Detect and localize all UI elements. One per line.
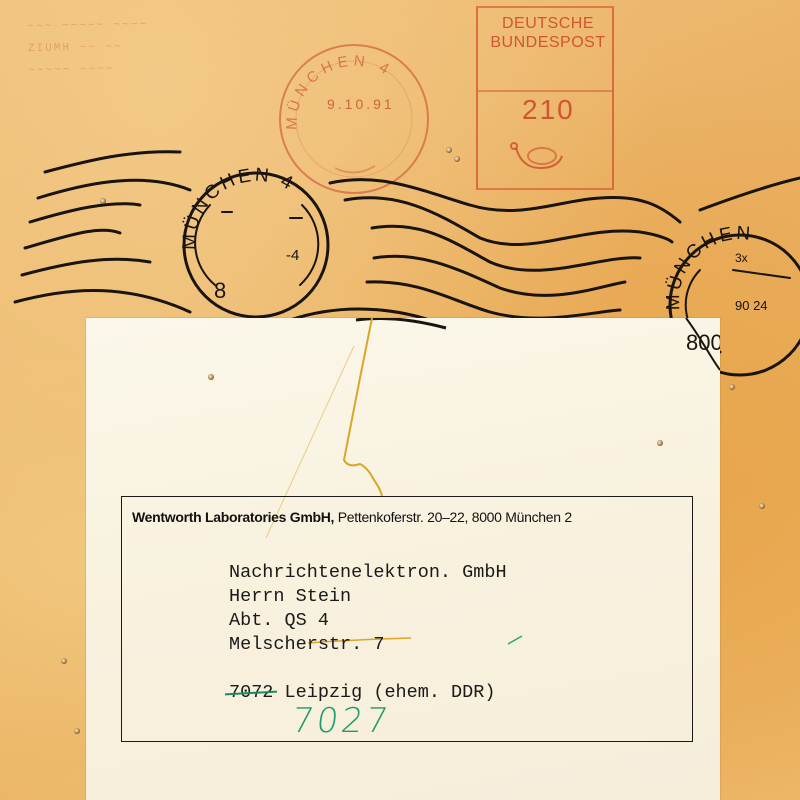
recipient-person: Herrn Stein [229,585,507,609]
envelope: ~~~ ~~~~~ ~~~~ ZIUMH ~~ ~~ ~~~~~ ~~~~ MÜ… [0,0,800,800]
sender-company: Wentworth Laboratories GmbH, [132,509,334,525]
sender-street: Pettenkoferstr. 20–22, 8000 München 2 [338,509,572,525]
old-postcode-struck: 7072 [229,682,273,703]
recipient-department: Abt. QS 4 [229,609,507,633]
svg-text:MÜNCHEN 4: MÜNCHEN 4 [179,165,298,251]
pin-hole [61,658,67,664]
pin-hole [74,728,80,734]
sender-address: Wentworth Laboratories GmbH, Pettenkofer… [132,509,572,525]
address-window: Wentworth Laboratories GmbH, Pettenkofer… [121,496,693,742]
cancel-time-left: -4 [286,247,299,264]
address-label: 8000 Wentworth Laboratories GmbH, Petten… [86,318,720,800]
recipient-street: Melscherstr. 7 [229,633,507,657]
cancel-date-right: 90 24 [735,298,768,313]
pin-hole [100,198,106,204]
cancel-city-left: MÜNCHEN 4 [179,165,298,251]
pin-hole [729,384,735,390]
pin-hole [759,503,765,509]
recipient-address: Nachrichtenelektron. GmbH Herrn Stein Ab… [229,561,507,705]
cancel-postcode-right: 8000 [686,330,720,355]
recipient-city: Leipzig (ehem. DDR) [285,682,496,703]
recipient-company: Nachrichtenelektron. GmbH [229,561,507,585]
pin-hole [454,156,460,162]
cancel-time-right: 3x [735,251,748,265]
cancel-postcode-left: 8 [214,278,226,303]
handwritten-new-postcode: 7027 [289,701,393,741]
pin-hole [446,147,452,153]
